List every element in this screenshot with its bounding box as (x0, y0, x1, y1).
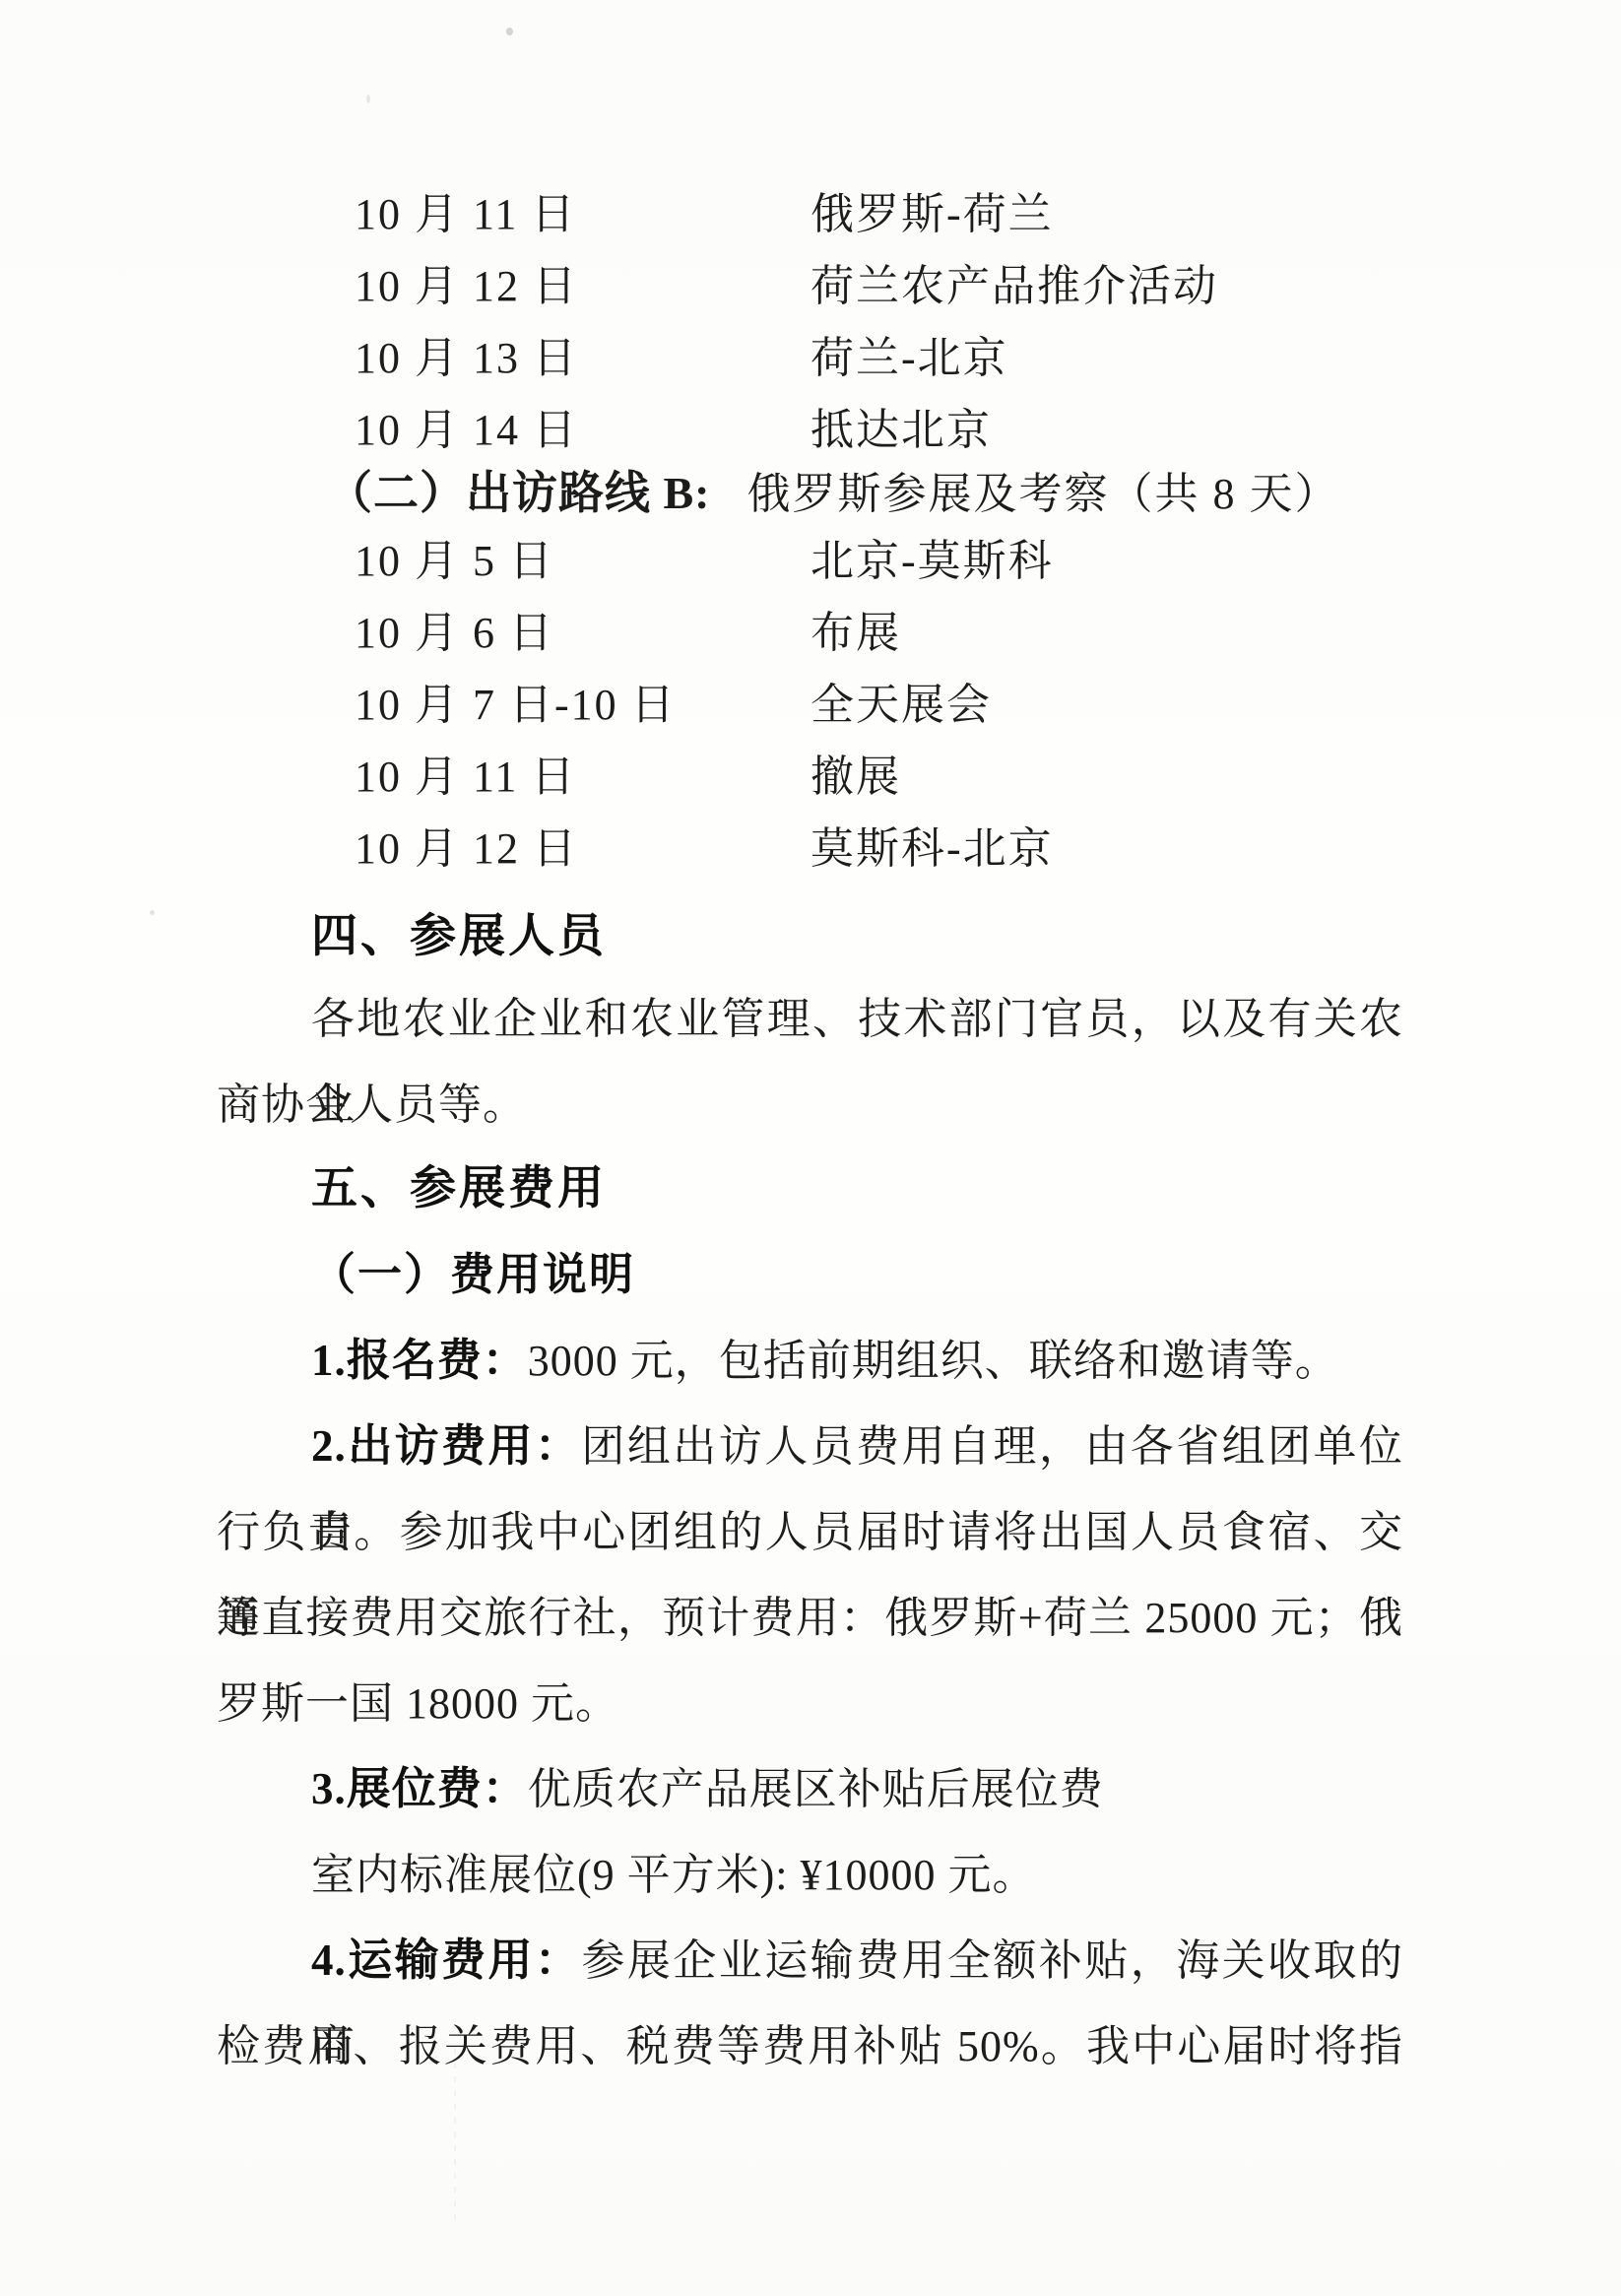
itinerary-date: 10 月 12 日 (355, 250, 810, 322)
itinerary-row: 10 月 12 日 荷兰农产品推介活动 (217, 250, 1403, 322)
itinerary-event: 布展 (810, 597, 901, 669)
fee-item-text: 优质农产品展区补贴后展位费 (528, 1765, 1104, 1813)
scan-speck (506, 28, 513, 35)
paragraph-line: 室内标准展位(9 平方米): ¥10000 元。 (217, 1832, 1403, 1918)
fee-item-1: 1.报名费：3000 元，包括前期组织、联络和邀请等。 (217, 1318, 1403, 1404)
paragraph-line: 等直接费用交旅行社，预计费用：俄罗斯+荷兰 25000 元；俄 (217, 1575, 1403, 1661)
paragraph-line: 2.出访费用：团组出访人员费用自理，由各省组团单位自 (217, 1404, 1403, 1489)
paragraph-line: 1.报名费：3000 元，包括前期组织、联络和邀请等。 (217, 1318, 1403, 1404)
fee-item-label: 1.报名费： (311, 1336, 528, 1385)
itinerary-event: 荷兰农产品推介活动 (810, 250, 1218, 322)
itinerary-event: 莫斯科-北京 (810, 813, 1054, 885)
itinerary-row: 10 月 6 日 布展 (217, 597, 1403, 669)
paragraph-line: 行负责。参加我中心团组的人员届时请将出国人员食宿、交通 (217, 1489, 1403, 1575)
itinerary-date: 10 月 5 日 (355, 525, 810, 597)
fee-item-text: 3000 元，包括前期组织、联络和邀请等。 (528, 1337, 1339, 1385)
fee-item-2: 2.出访费用：团组出访人员费用自理，由各省组团单位自 行负责。参加我中心团组的人… (217, 1404, 1403, 1746)
route-b-heading: （二）出访路线 B: 俄罗斯参展及考察（共 8 天） (327, 466, 1403, 521)
section-five-heading: 五、参展费用 (311, 1149, 1403, 1228)
itinerary-date: 10 月 7 日-10 日 (355, 669, 810, 741)
document-page: 10 月 11 日 俄罗斯-荷兰 10 月 12 日 荷兰农产品推介活动 10 … (0, 0, 1621, 2296)
itinerary-event: 北京-莫斯科 (810, 525, 1054, 597)
subsection-one-heading: （一）费用说明 (311, 1232, 1403, 1318)
itinerary-b: 10 月 5 日 北京-莫斯科 10 月 6 日 布展 10 月 7 日-10 … (217, 525, 1403, 885)
fee-item-label: 2.出访费用： (311, 1421, 581, 1471)
paragraph-line: 商协会人员等。 (217, 1062, 1403, 1148)
itinerary-date: 10 月 13 日 (355, 322, 810, 394)
itinerary-date: 10 月 6 日 (355, 597, 810, 669)
itinerary-row: 10 月 13 日 荷兰-北京 (217, 322, 1403, 394)
itinerary-row: 10 月 14 日 抵达北京 (217, 394, 1403, 466)
page-content: 10 月 11 日 俄罗斯-荷兰 10 月 12 日 荷兰农产品推介活动 10 … (217, 178, 1403, 2089)
itinerary-row: 10 月 11 日 俄罗斯-荷兰 (217, 178, 1403, 250)
itinerary-row: 10 月 7 日-10 日 全天展会 (217, 669, 1403, 741)
fee-item-4: 4.运输费用：参展企业运输费用全额补贴，海关收取的商 检费用、报关费用、税费等费… (217, 1918, 1403, 2089)
fee-item-3: 3.展位费：优质农产品展区补贴后展位费 室内标准展位(9 平方米): ¥1000… (217, 1746, 1403, 1918)
itinerary-event: 荷兰-北京 (810, 322, 1008, 394)
section-four-heading: 四、参展人员 (311, 897, 1403, 976)
itinerary-date: 10 月 12 日 (355, 813, 810, 885)
route-b-label: （二）出访路线 B: (327, 468, 711, 518)
paragraph-line: 4.运输费用：参展企业运输费用全额补贴，海关收取的商 (217, 1918, 1403, 2003)
itinerary-event: 撤展 (810, 741, 901, 813)
paragraph-line: 罗斯一国 18000 元。 (217, 1661, 1403, 1746)
fee-item-label: 4.运输费用： (311, 1935, 581, 1985)
itinerary-row: 10 月 5 日 北京-莫斯科 (217, 525, 1403, 597)
itinerary-row: 10 月 12 日 莫斯科-北京 (217, 813, 1403, 885)
itinerary-event: 抵达北京 (810, 394, 992, 466)
itinerary-date: 10 月 11 日 (355, 178, 810, 250)
itinerary-a: 10 月 11 日 俄罗斯-荷兰 10 月 12 日 荷兰农产品推介活动 10 … (217, 178, 1403, 466)
itinerary-event: 俄罗斯-荷兰 (810, 178, 1054, 250)
scan-speck (150, 910, 155, 915)
fee-item-label: 3.展位费： (311, 1764, 528, 1813)
paragraph-line: 3.展位费：优质农产品展区补贴后展位费 (217, 1746, 1403, 1832)
itinerary-event: 全天展会 (810, 669, 992, 741)
paragraph-line: 检费用、报关费用、税费等费用补贴 50%。我中心届时将指 (217, 2003, 1403, 2089)
itinerary-date: 10 月 11 日 (355, 741, 810, 813)
itinerary-row: 10 月 11 日 撤展 (217, 741, 1403, 813)
section-four-paragraph: 各地农业企业和农业管理、技术部门官员，以及有关农业 商协会人员等。 (217, 976, 1403, 1148)
route-b-title: 俄罗斯参展及考察（共 8 天） (747, 470, 1340, 518)
paragraph-line: 各地农业企业和农业管理、技术部门官员，以及有关农业 (217, 976, 1403, 1062)
scan-speck (366, 95, 370, 103)
itinerary-date: 10 月 14 日 (355, 394, 810, 466)
